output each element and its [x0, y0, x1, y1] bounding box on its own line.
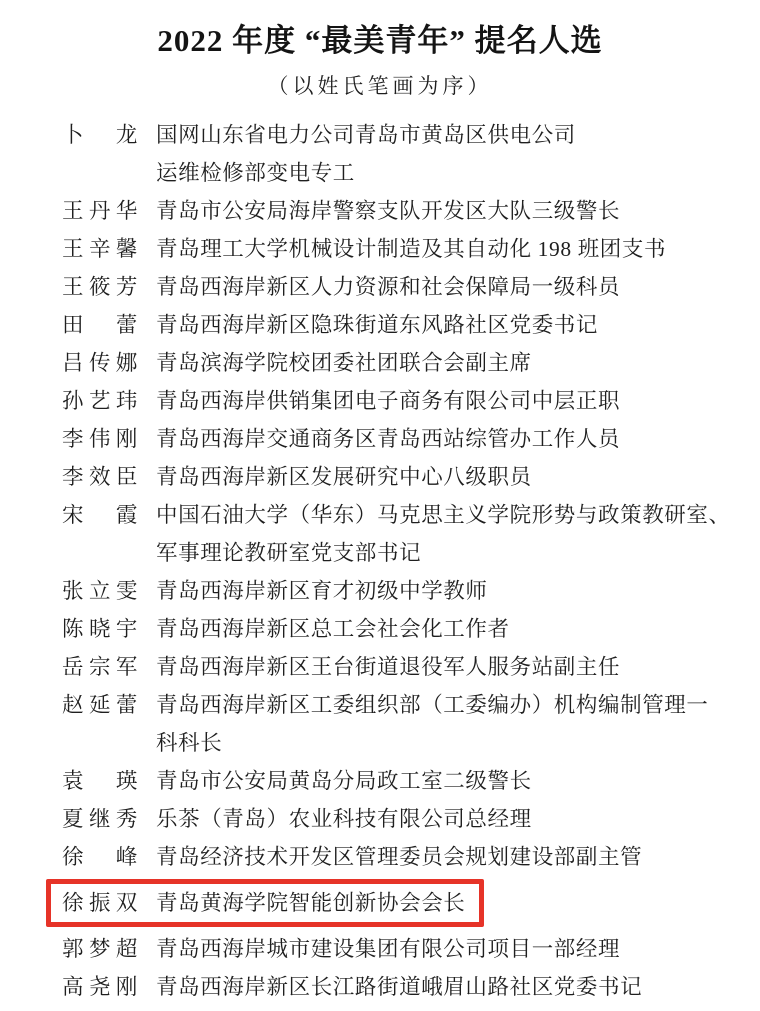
page-subtitle: （以姓氏笔画为序） — [0, 71, 760, 101]
nominee-description: 青岛黄海学院智能创新协会会长 — [156, 884, 465, 922]
nominee-description: 青岛西海岸供销集团电子商务有限公司中层正职 — [156, 382, 620, 420]
nominee-row: 宋霞 中国石油大学（华东）马克思主义学院形势与政策教研室、军事理论教研室党支部书… — [62, 496, 720, 572]
nominee-description-line: 青岛西海岸新区长江路街道峨眉山路社区党委书记 — [156, 968, 642, 1006]
nominee-row: 岳宗军 青岛西海岸新区王台街道退役军人服务站副主任 — [62, 648, 720, 686]
nominee-row: 袁瑛 青岛市公安局黄岛分局政工室二级警长 — [62, 762, 720, 800]
nominee-description: 乐茶（青岛）农业科技有限公司总经理 — [156, 800, 532, 838]
nominee-description: 青岛经济技术开发区管理委员会规划建设部副主管 — [156, 838, 642, 876]
nominee-name: 李效臣 — [62, 458, 138, 496]
document-page: 2022 年度 “最美青年” 提名人选 （以姓氏笔画为序） 卜龙 国网山东省电力… — [0, 0, 760, 1006]
nominee-description: 青岛市公安局黄岛分局政工室二级警长 — [156, 762, 532, 800]
nominee-description: 国网山东省电力公司青岛市黄岛区供电公司运维检修部变电专工 — [156, 116, 576, 192]
nominee-description: 青岛西海岸新区隐珠街道东风路社区党委书记 — [156, 306, 598, 344]
nominee-name: 袁瑛 — [62, 762, 138, 800]
nominee-row: 李效臣 青岛西海岸新区发展研究中心八级职员 — [62, 458, 720, 496]
nominee-name: 岳宗军 — [62, 648, 138, 686]
nominee-description: 青岛西海岸交通商务区青岛西站综管办工作人员 — [156, 420, 620, 458]
nominee-description-line: 青岛西海岸供销集团电子商务有限公司中层正职 — [156, 382, 620, 420]
nominee-row: 郭梦超 青岛西海岸城市建设集团有限公司项目一部经理 — [62, 930, 720, 968]
nominee-row: 卜龙 国网山东省电力公司青岛市黄岛区供电公司运维检修部变电专工 — [62, 116, 720, 192]
nominee-row: 王筱芳 青岛西海岸新区人力资源和社会保障局一级科员 — [62, 268, 720, 306]
nominee-name: 徐峰 — [62, 838, 138, 876]
nominee-description-line: 青岛西海岸城市建设集团有限公司项目一部经理 — [156, 930, 620, 968]
nominee-description: 青岛西海岸新区总工会社会化工作者 — [156, 610, 510, 648]
nominee-row: 高尧刚 青岛西海岸新区长江路街道峨眉山路社区党委书记 — [62, 968, 720, 1006]
nominee-name: 郭梦超 — [62, 930, 138, 968]
nominee-name: 高尧刚 — [62, 968, 138, 1006]
nominee-description: 青岛滨海学院校团委社团联合会副主席 — [156, 344, 532, 382]
nominee-name: 宋霞 — [62, 496, 138, 534]
nominee-description-line: 青岛西海岸新区王台街道退役军人服务站副主任 — [156, 648, 620, 686]
nominee-description-line: 青岛理工大学机械设计制造及其自动化 198 班团支书 — [156, 230, 666, 268]
nominee-row: 王辛馨 青岛理工大学机械设计制造及其自动化 198 班团支书 — [62, 230, 720, 268]
nominee-description: 青岛理工大学机械设计制造及其自动化 198 班团支书 — [156, 230, 666, 268]
nominee-list: 卜龙 国网山东省电力公司青岛市黄岛区供电公司运维检修部变电专工 王丹华 青岛市公… — [0, 116, 760, 1006]
nominee-description-line: 国网山东省电力公司青岛市黄岛区供电公司 — [156, 116, 576, 154]
nominee-row: 李伟刚 青岛西海岸交通商务区青岛西站综管办工作人员 — [62, 420, 720, 458]
page-title: 2022 年度 “最美青年” 提名人选 — [0, 20, 760, 62]
nominee-description: 青岛西海岸新区育才初级中学教师 — [156, 572, 488, 610]
nominee-row: 夏继秀 乐茶（青岛）农业科技有限公司总经理 — [62, 800, 720, 838]
nominee-description: 青岛市公安局海岸警察支队开发区大队三级警长 — [156, 192, 620, 230]
nominee-row-highlighted: 徐振双 青岛黄海学院智能创新协会会长 — [46, 879, 484, 927]
nominee-description-line: 青岛市公安局黄岛分局政工室二级警长 — [156, 762, 532, 800]
nominee-description: 中国石油大学（华东）马克思主义学院形势与政策教研室、军事理论教研室党支部书记 — [156, 496, 731, 572]
nominee-name: 李伟刚 — [62, 420, 138, 458]
nominee-description-line: 青岛西海岸交通商务区青岛西站综管办工作人员 — [156, 420, 620, 458]
nominee-description: 青岛西海岸新区王台街道退役军人服务站副主任 — [156, 648, 620, 686]
nominee-name: 孙艺玮 — [62, 382, 138, 420]
nominee-description-line: 运维检修部变电专工 — [156, 154, 576, 192]
nominee-description-line: 乐茶（青岛）农业科技有限公司总经理 — [156, 800, 532, 838]
nominee-name: 赵延蕾 — [62, 686, 138, 724]
nominee-row: 王丹华 青岛市公安局海岸警察支队开发区大队三级警长 — [62, 192, 720, 230]
nominee-name: 卜龙 — [62, 116, 138, 154]
nominee-description-line: 青岛市公安局海岸警察支队开发区大队三级警长 — [156, 192, 620, 230]
nominee-row: 张立雯 青岛西海岸新区育才初级中学教师 — [62, 572, 720, 610]
nominee-description-line: 青岛滨海学院校团委社团联合会副主席 — [156, 344, 532, 382]
nominee-row: 吕传娜 青岛滨海学院校团委社团联合会副主席 — [62, 344, 720, 382]
nominee-description: 青岛西海岸新区人力资源和社会保障局一级科员 — [156, 268, 620, 306]
nominee-row: 田蕾 青岛西海岸新区隐珠街道东风路社区党委书记 — [62, 306, 720, 344]
nominee-description-line: 青岛经济技术开发区管理委员会规划建设部副主管 — [156, 838, 642, 876]
nominee-description-line: 中国石油大学（华东）马克思主义学院形势与政策教研室、 — [156, 496, 731, 534]
nominee-row: 徐峰 青岛经济技术开发区管理委员会规划建设部副主管 — [62, 838, 720, 876]
nominee-description: 青岛西海岸新区长江路街道峨眉山路社区党委书记 — [156, 968, 642, 1006]
nominee-description-line: 青岛西海岸新区隐珠街道东风路社区党委书记 — [156, 306, 598, 344]
nominee-name: 吕传娜 — [62, 344, 138, 382]
nominee-description-line: 青岛西海岸新区育才初级中学教师 — [156, 572, 488, 610]
nominee-description: 青岛西海岸新区发展研究中心八级职员 — [156, 458, 532, 496]
nominee-row: 陈晓宇 青岛西海岸新区总工会社会化工作者 — [62, 610, 720, 648]
nominee-row: 孙艺玮 青岛西海岸供销集团电子商务有限公司中层正职 — [62, 382, 720, 420]
nominee-description: 青岛西海岸新区工委组织部（工委编办）机构编制管理一科科长 — [156, 686, 709, 762]
nominee-description-line: 青岛西海岸新区总工会社会化工作者 — [156, 610, 510, 648]
nominee-row: 赵延蕾 青岛西海岸新区工委组织部（工委编办）机构编制管理一科科长 — [62, 686, 720, 762]
nominee-description-line: 青岛西海岸新区工委组织部（工委编办）机构编制管理一 — [156, 686, 709, 724]
nominee-name: 王辛馨 — [62, 230, 138, 268]
nominee-name: 田蕾 — [62, 306, 138, 344]
nominee-description-line: 军事理论教研室党支部书记 — [156, 534, 731, 572]
nominee-description-line: 青岛西海岸新区人力资源和社会保障局一级科员 — [156, 268, 620, 306]
nominee-name: 张立雯 — [62, 572, 138, 610]
nominee-name: 夏继秀 — [62, 800, 138, 838]
nominee-name: 徐振双 — [62, 884, 138, 922]
nominee-name: 王筱芳 — [62, 268, 138, 306]
nominee-description-line: 青岛西海岸新区发展研究中心八级职员 — [156, 458, 532, 496]
nominee-description-line: 青岛黄海学院智能创新协会会长 — [156, 884, 465, 922]
nominee-name: 陈晓宇 — [62, 610, 138, 648]
nominee-description-line: 科科长 — [156, 724, 709, 762]
nominee-description: 青岛西海岸城市建设集团有限公司项目一部经理 — [156, 930, 620, 968]
nominee-name: 王丹华 — [62, 192, 138, 230]
